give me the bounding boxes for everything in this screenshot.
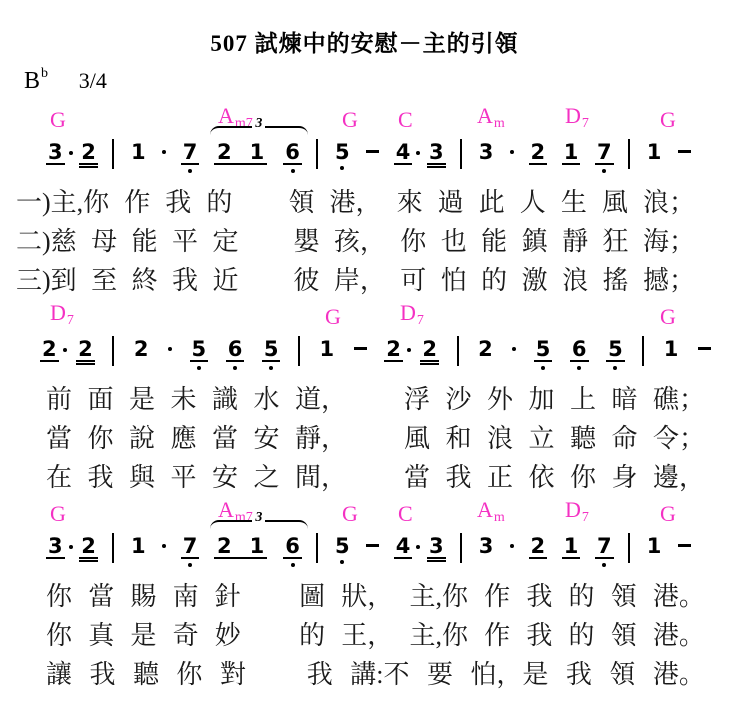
chord-row: GAm7GCAmD7G [0,103,729,129]
chord-root: C [398,107,413,132]
note-digit: 2 [81,535,96,557]
lyric-syllable: 對 [220,655,246,694]
lyric-syllable: 我 [172,261,198,300]
lyric-syllable: 我 [165,183,191,222]
lyric-syllable: 當 [404,458,430,497]
chord-symbol: C [398,109,413,131]
lyric-syllable: 未 [171,380,197,419]
lyric-syllable: 狂 [603,222,629,261]
lyric-syllable: 孩， [334,222,386,261]
low-octave-dot [291,169,295,173]
lyric-syllable: 身 [611,458,637,497]
chord-symbol: G [660,503,676,525]
note: 2 [79,535,98,559]
note-digit: 3 [479,535,494,557]
note-digit: 1 [647,141,662,163]
triplet-beam: 21 [214,141,267,165]
lyric-syllable: 道， [295,380,347,419]
lyric-syllable: 在 [46,458,72,497]
note-digit: 2 [217,141,232,163]
chord-root: G [342,501,358,526]
chord-root: A [218,103,234,128]
low-octave-dot [197,366,201,370]
note: 3 [46,535,65,559]
lyric-syllable: 與 [129,458,155,497]
note-digit: 5 [608,338,623,360]
note: 2 [132,338,151,360]
note: 1 [318,338,337,360]
low-octave-dot [602,169,606,173]
note-digit: 3 [48,141,63,163]
lyric-syllable: 一)主,你 [16,183,109,222]
barline [460,139,462,169]
lyric-syllable: 我 [526,616,552,655]
note-digit: 4 [396,141,411,163]
lyric-syllable: 暗 [611,380,637,419]
note-digit: 7 [183,141,198,163]
note-digit: 1 [131,141,146,163]
lyrics-row: 你當賜南針圖狀，主,你作我的領港。 [0,577,729,616]
augmentation-dot [416,545,420,549]
lyric-syllable: 我 [445,458,471,497]
note: 3 [477,535,496,557]
low-octave-dot [269,366,273,370]
chord-symbol: G [325,306,341,328]
chord-root: G [660,501,676,526]
double-underline [76,363,95,365]
music-line: 3217321654332171 [0,523,729,575]
lyric-syllable: 沙 [445,380,471,419]
chord-quality: 7 [417,313,424,328]
chord-root: G [325,304,341,329]
double-underline [420,363,439,365]
note: 2 [40,338,59,362]
chord-symbol: G [50,503,66,525]
triplet-group: 3216 [214,535,302,559]
chord-symbol: D7 [400,302,424,328]
note: 2 [79,141,98,165]
lyric-syllable: 領 [611,577,637,616]
low-octave-dot [577,366,581,370]
lyric-syllable: 識 [212,380,238,419]
note: 4 [394,535,413,559]
lyric-syllable: 靜 [562,222,588,261]
lyric-syllable: 講:不 [350,655,409,694]
chord-root: G [660,304,676,329]
lyric-syllable: 平 [171,458,197,497]
chord-symbol: G [342,109,358,131]
barline [298,336,300,366]
lyric-syllable: 圖 [299,577,325,616]
lyric-syllable: 的 [569,616,595,655]
lyric-syllable: 當 [46,419,72,458]
note-digit: 5 [536,338,551,360]
key-accidental: b [41,66,48,81]
low-octave-dot [541,366,545,370]
note-digit: 2 [422,338,437,360]
chord-row: GAm7GCAmD7G [0,497,729,523]
dash-extension [678,150,691,153]
lyric-syllable: 安 [212,458,238,497]
chord-symbol: G [342,503,358,525]
dot-separator [510,544,514,548]
note: 3 [427,535,446,559]
lyric-syllable: 此 [479,183,505,222]
note: 5 [333,535,352,557]
lyric-syllable: 生 [561,183,587,222]
note-digit: 5 [335,535,350,557]
lyrics-block: 你當賜南針圖狀，主,你作我的領港。你真是奇妙的王，主,你作我的領港。讓我聽你對我… [0,577,729,694]
lyric-syllable: 之 [254,458,280,497]
lyric-syllable: 的 [299,616,325,655]
lyric-syllable: 我 [566,655,592,694]
double-underline [427,560,446,562]
chord-symbol: D7 [50,302,74,328]
lyric-syllable: 我 [89,655,115,694]
lyric-syllable: 礁； [653,380,705,419]
lyric-syllable: 你 [176,655,202,694]
bracket-right [265,126,307,137]
note-digit: 2 [42,338,57,360]
lyric-syllable: 風 [602,183,628,222]
note-digit: 1 [131,535,146,557]
note-digit: 4 [396,535,411,557]
chord-symbol: Am [477,499,505,525]
lyric-syllable: 來 [397,183,423,222]
lyric-syllable: 你 [88,419,114,458]
note-digit: 2 [386,338,401,360]
lyric-syllable: 浪 [487,419,513,458]
chord-quality: m [494,116,505,131]
lyric-syllable: 安 [254,419,280,458]
note: 3 [477,141,496,163]
lyric-syllable: 的 [206,183,232,222]
lyrics-row: 在我與平安之間，當我正依你身邊， [0,458,729,497]
note: 7 [181,141,200,165]
lyrics-row: 一)主,你作我的領港，來過此人生風浪； [0,183,729,222]
note: 3 [46,141,65,165]
lyric-syllable: 至 [91,261,117,300]
note: 5 [190,338,209,362]
dash-extension [366,150,379,153]
dash-extension [366,544,379,547]
lyrics-row: 當你說應當安靜，風和浪立聽命令； [0,419,729,458]
note: 1 [562,141,581,165]
lyric-syllable: 我 [307,655,333,694]
chord-quality: m [494,510,505,525]
note: 5 [262,338,281,362]
dot-separator [162,150,166,154]
note: 2 [76,338,95,362]
note: 3 [427,141,446,165]
chord-root: D [565,497,581,522]
note: 1 [250,141,265,163]
note: 6 [283,535,302,559]
lyric-syllable: 作 [484,616,510,655]
system: GAm7GCAmD7G3217321654332171你當賜南針圖狀，主,你作我… [0,497,729,694]
barline [316,139,318,169]
note-digit: 3 [479,141,494,163]
chord-symbol: D7 [565,499,589,525]
note-digit: 6 [572,338,587,360]
lyric-syllable: 水 [254,380,280,419]
augmentation-dot [416,151,420,155]
lyric-syllable: 怕，是 [470,655,548,694]
notation-systems: GAm7GCAmD7G3217321654332171一)主,你作我的領港，來過… [0,103,729,694]
lyric-syllable: 主,你 [409,577,468,616]
lyric-syllable: 你 [46,616,72,655]
lyric-syllable: 海； [643,222,695,261]
chord-root: A [477,497,493,522]
low-octave-dot [233,366,237,370]
chord-root: D [565,103,581,128]
note-digit: 2 [78,338,93,360]
note-digit: 5 [335,141,350,163]
note: 5 [606,338,625,362]
note: 7 [595,141,614,165]
lyric-syllable: 能 [132,222,158,261]
music-line: 22256512225651 [0,326,729,378]
note-digit: 3 [429,141,444,163]
lyric-syllable: 浪 [562,261,588,300]
note-digit: 3 [48,535,63,557]
lyric-syllable: 要 [427,655,453,694]
chord-row: D7GD7G [0,300,729,326]
key-signature: Bb 3/4 [24,68,729,98]
lyric-syllable: 讓 [46,655,72,694]
lyric-syllable: 真 [88,616,114,655]
note: 6 [226,338,245,362]
note: 5 [333,141,352,163]
note-digit: 5 [264,338,279,360]
chord-symbol: C [398,503,413,525]
lyric-syllable: 人 [520,183,546,222]
lyric-syllable: 是 [129,380,155,419]
dash-extension [678,544,691,547]
barline [316,533,318,563]
note: 2 [476,338,495,360]
triplet-group: 3216 [214,141,302,165]
lyric-syllable: 港。 [653,577,705,616]
low-octave-dot [602,563,606,567]
note: 4 [394,141,413,165]
note: 5 [534,338,553,362]
system: GAm7GCAmD7G3217321654332171一)主,你作我的領港，來過… [0,103,729,300]
lyric-syllable: 是 [130,616,156,655]
lyric-syllable: 邊， [653,458,705,497]
dot-separator [512,347,516,351]
lyric-syllable: 你 [400,222,426,261]
lyric-syllable: 立 [528,419,554,458]
lyric-syllable: 當 [212,419,238,458]
double-underline [79,166,98,168]
lyric-syllable: 領 [288,183,314,222]
chord-symbol: G [660,109,676,131]
lyric-syllable: 搖 [603,261,629,300]
note: 6 [570,338,589,362]
lyric-syllable: 靜， [295,419,347,458]
dot-separator [168,347,172,351]
lyric-syllable: 命 [611,419,637,458]
triplet-number: 3 [255,120,262,128]
dash-extension [354,347,367,350]
lyric-syllable: 怕 [441,261,467,300]
dash-extension [698,347,711,350]
lyric-syllable: 賜 [130,577,156,616]
barline [457,336,459,366]
bracket-left [210,126,252,137]
chord-root: A [477,103,493,128]
double-underline [79,560,98,562]
note-digit: 1 [647,535,662,557]
note-digit: 2 [81,141,96,163]
lyric-syllable: 正 [487,458,513,497]
triplet-bracket: 3 [210,520,308,531]
time-signature: 3/4 [79,68,107,93]
lyric-syllable: 領 [611,616,637,655]
lyric-syllable: 南 [173,577,199,616]
note-digit: 2 [217,535,232,557]
low-octave-dot [613,366,617,370]
lyric-syllable: 妙 [215,616,241,655]
note: 1 [129,141,148,163]
note: 1 [250,535,265,557]
lyric-syllable: 作 [484,577,510,616]
note-digit: 6 [285,141,300,163]
barline [112,336,114,366]
lyric-syllable: 二)慈 [16,222,77,261]
low-octave-dot [340,560,344,564]
chord-symbol: Am [477,105,505,131]
chord-root: G [660,107,676,132]
lyric-syllable: 風 [404,419,430,458]
lyric-syllable: 間， [295,458,347,497]
augmentation-dot [69,545,73,549]
note: 1 [645,535,664,557]
lyric-syllable: 你 [570,458,596,497]
bracket-left [210,520,252,531]
lyric-syllable: 應 [171,419,197,458]
lyric-syllable: 母 [91,222,117,261]
barline [460,533,462,563]
lyric-syllable: 我 [88,458,114,497]
double-underline [427,166,446,168]
chord-quality: 7 [582,510,589,525]
note: 1 [645,141,664,163]
lyric-syllable: 港。 [653,616,705,655]
lyrics-row: 讓我聽你對我講:不要怕，是我領港。 [0,655,729,694]
chord-root: D [50,300,66,325]
lyric-syllable: 過 [438,183,464,222]
note-digit: 1 [250,141,265,163]
chord-symbol: G [50,109,66,131]
lyric-syllable: 定 [212,222,238,261]
lyrics-row: 二)慈母能平定嬰孩，你也能鎮靜狂海； [0,222,729,261]
note-digit: 3 [429,535,444,557]
dot-separator [510,150,514,154]
lyric-syllable: 的 [569,577,595,616]
note: 2 [217,535,232,557]
lyric-syllable: 嬰 [293,222,319,261]
lyric-syllable: 岸， [334,261,386,300]
bracket-right [265,520,307,531]
note-digit: 1 [564,535,579,557]
chord-root: G [50,501,66,526]
note-digit: 7 [597,535,612,557]
lyric-syllable: 港。 [653,655,705,694]
chord-root: A [218,497,234,522]
music-line: 3217321654332171 [0,129,729,181]
low-octave-dot [188,563,192,567]
lyric-syllable: 領 [609,655,635,694]
lyrics-block: 一)主,你作我的領港，來過此人生風浪；二)慈母能平定嬰孩，你也能鎮靜狂海；三)到… [0,183,729,300]
note-digit: 2 [531,535,546,557]
note-digit: 5 [192,338,207,360]
chord-root: D [400,300,416,325]
chord-quality: 7 [582,116,589,131]
augmentation-dot [63,348,67,352]
lyric-syllable: 作 [124,183,150,222]
chord-quality: 7 [67,313,74,328]
lyric-syllable: 港， [330,183,382,222]
barline [628,533,630,563]
triplet-number: 3 [255,514,262,522]
chord-root: C [398,501,413,526]
lyric-syllable: 浪； [643,183,695,222]
note-digit: 2 [478,338,493,360]
barline [112,139,114,169]
note: 7 [181,535,200,559]
augmentation-dot [69,151,73,155]
chord-root: G [50,107,66,132]
augmentation-dot [407,348,411,352]
lyric-syllable: 主,你 [409,616,468,655]
lyric-syllable: 能 [481,222,507,261]
lyric-syllable: 奇 [173,616,199,655]
lyric-syllable: 狀， [341,577,393,616]
lyric-syllable: 終 [132,261,158,300]
lyric-syllable: 撼； [643,261,695,300]
note-digit: 1 [564,141,579,163]
barline [628,139,630,169]
barline [112,533,114,563]
note-digit: 2 [531,141,546,163]
lyric-syllable: 加 [528,380,554,419]
note: 1 [562,535,581,559]
lyrics-row: 三)到至終我近彼岸，可怕的激浪搖撼； [0,261,729,300]
lyric-syllable: 當 [88,577,114,616]
note-digit: 6 [285,535,300,557]
system: D7GD7G22256512225651前面是未識水道，浮沙外加上暗礁；當你說應… [0,300,729,497]
lyric-syllable: 說 [129,419,155,458]
note: 1 [662,338,681,360]
hymn-sheet: 507 試煉中的安慰－主的引領 Bb 3/4 GAm7GCAmD7G321732… [0,0,729,710]
note-digit: 2 [134,338,149,360]
lyric-syllable: 針 [215,577,241,616]
note-digit: 1 [250,535,265,557]
lyric-syllable: 的 [481,261,507,300]
lyric-syllable: 依 [528,458,554,497]
lyric-syllable: 也 [441,222,467,261]
triplet-bracket: 3 [210,126,308,137]
note: 1 [129,535,148,557]
low-octave-dot [340,166,344,170]
low-octave-dot [291,563,295,567]
lyric-syllable: 我 [526,577,552,616]
lyric-syllable: 面 [88,380,114,419]
lyric-syllable: 浮 [404,380,430,419]
note: 2 [384,338,403,362]
